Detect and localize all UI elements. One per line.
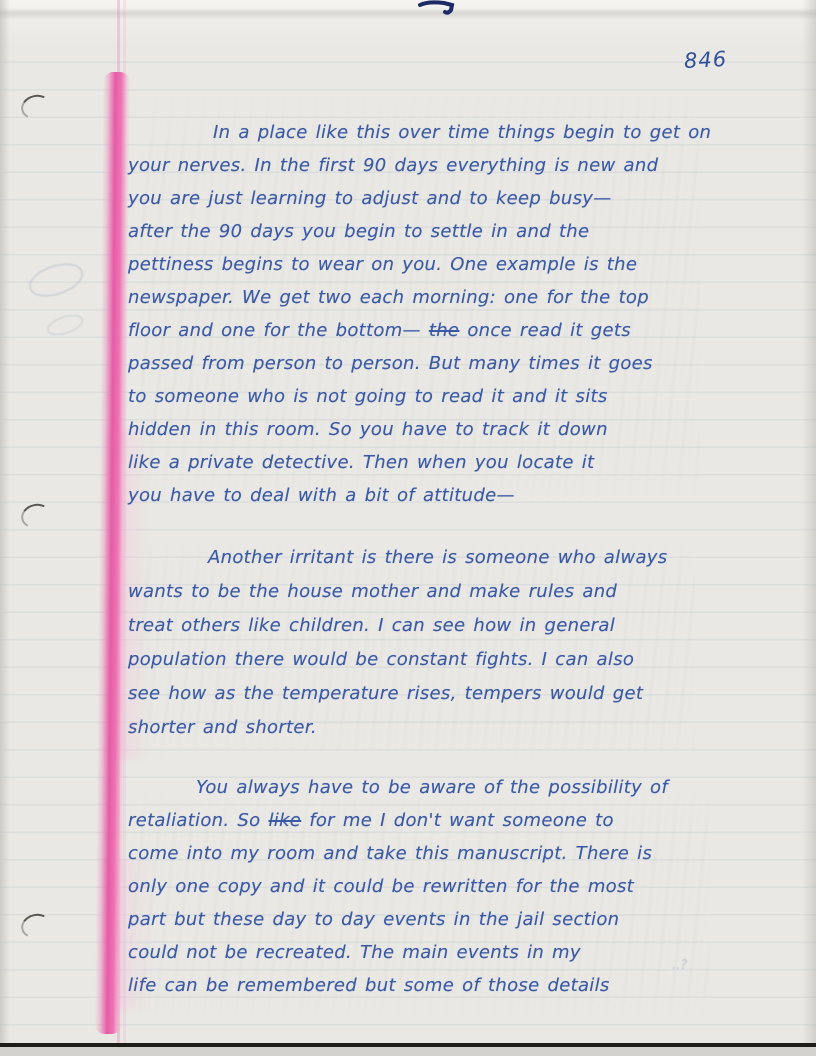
paper-right-edge-shadow <box>802 0 816 1056</box>
handwritten-line: come into my room and take this manuscri… <box>128 843 713 876</box>
paper-left-edge-shadow <box>0 0 10 1056</box>
journal-page: 846 In a place like this over time thing… <box>0 0 816 1056</box>
hole-punch-icon <box>19 501 54 532</box>
text-segment: hidden in this room. So you have to trac… <box>128 419 608 440</box>
paragraph-2: Another irritant is there is someone who… <box>128 547 713 751</box>
text-segment: You always have to be aware of the possi… <box>196 777 668 798</box>
handwritten-line: treat others like children. I can see ho… <box>128 615 713 649</box>
handwritten-line: retaliation. So like for me I don't want… <box>128 810 713 843</box>
paragraph-3: You always have to be aware of the possi… <box>128 777 713 1008</box>
hole-punch-icon <box>19 911 54 942</box>
handwritten-line: after the 90 days you begin to settle in… <box>128 221 713 254</box>
scan-bottom-strip <box>0 1047 816 1056</box>
page-number: 846 <box>683 47 727 73</box>
handwritten-line: shorter and shorter. <box>128 717 713 751</box>
text-segment: could not be recreated. The main events … <box>128 942 581 963</box>
text-segment: like a private detective. Then when you … <box>128 452 594 473</box>
text-segment: passed from person to person. But many t… <box>128 353 653 374</box>
handwritten-line: newspaper. We get two each morning: one … <box>128 287 713 320</box>
handwritten-line: wants to be the house mother and make ru… <box>128 581 713 615</box>
text-segment: population there would be constant fight… <box>128 649 634 670</box>
text-segment: after the 90 days you begin to settle in… <box>128 221 589 242</box>
handwritten-line: life can be remembered but some of those… <box>128 975 713 1008</box>
handwritten-line: floor and one for the bottom— the once r… <box>128 320 713 353</box>
text-segment: shorter and shorter. <box>128 717 317 738</box>
handwritten-line: to someone who is not going to read it a… <box>128 386 713 419</box>
text-segment: life can be remembered but some of those… <box>128 975 610 996</box>
text-segment: newspaper. We get two each morning: one … <box>128 287 649 308</box>
handwritten-line: you have to deal with a bit of attitude— <box>128 485 713 518</box>
text-segment: wants to be the house mother and make ru… <box>128 581 617 602</box>
handwritten-line: passed from person to person. But many t… <box>128 353 713 386</box>
text-segment: to someone who is not going to read it a… <box>128 386 608 407</box>
struck-text-segment: the <box>429 320 459 341</box>
handwritten-line: pettiness begins to wear on you. One exa… <box>128 254 713 287</box>
text-segment: come into my room and take this manuscri… <box>128 843 652 864</box>
text-segment: part but these day to day events in the … <box>128 909 619 930</box>
handwritten-line: you are just learning to adjust and to k… <box>128 188 713 221</box>
text-segment: retaliation. So <box>128 810 268 831</box>
text-segment: once read it gets <box>459 320 631 341</box>
text-segment: you have to deal with a bit of attitude— <box>128 485 515 506</box>
text-segment: treat others like children. I can see ho… <box>128 615 615 636</box>
text-segment: In a place like this over time things be… <box>213 122 711 143</box>
handwritten-line: could not be recreated. The main events … <box>128 942 713 975</box>
text-segment: only one copy and it could be rewritten … <box>128 876 634 897</box>
handwritten-line: You always have to be aware of the possi… <box>128 777 713 810</box>
handwritten-line: Another irritant is there is someone who… <box>128 547 713 581</box>
text-segment: your nerves. In the first 90 days everyt… <box>128 155 658 176</box>
struck-text-segment: like <box>268 810 301 831</box>
text-segment: you are just learning to adjust and to k… <box>128 188 612 209</box>
text-segment: pettiness begins to wear on you. One exa… <box>128 254 637 275</box>
handwritten-line: your nerves. In the first 90 days everyt… <box>128 155 713 188</box>
paragraph-1: In a place like this over time things be… <box>128 122 713 518</box>
handwritten-line: see how as the temperature rises, temper… <box>128 683 713 717</box>
text-segment: Another irritant is there is someone who… <box>208 547 667 568</box>
handwritten-line: hidden in this room. So you have to trac… <box>128 419 713 452</box>
handwritten-line: In a place like this over time things be… <box>128 122 713 155</box>
text-segment: see how as the temperature rises, temper… <box>128 683 643 704</box>
scan-top-crease <box>0 0 816 52</box>
handwritten-line: population there would be constant fight… <box>128 649 713 683</box>
hole-punch-icon <box>19 92 54 123</box>
handwritten-line: only one copy and it could be rewritten … <box>128 876 713 909</box>
handwritten-line: like a private detective. Then when you … <box>128 452 713 485</box>
text-segment: floor and one for the bottom— <box>128 320 429 341</box>
handwritten-line: part but these day to day events in the … <box>128 909 713 942</box>
text-segment: for me I don't want someone to <box>301 810 614 831</box>
faint-bleed-mark: ..? <box>672 958 687 973</box>
stray-pen-mark-icon <box>418 0 460 16</box>
faint-margin-stamp <box>44 311 86 340</box>
faint-margin-stamp <box>25 257 88 303</box>
